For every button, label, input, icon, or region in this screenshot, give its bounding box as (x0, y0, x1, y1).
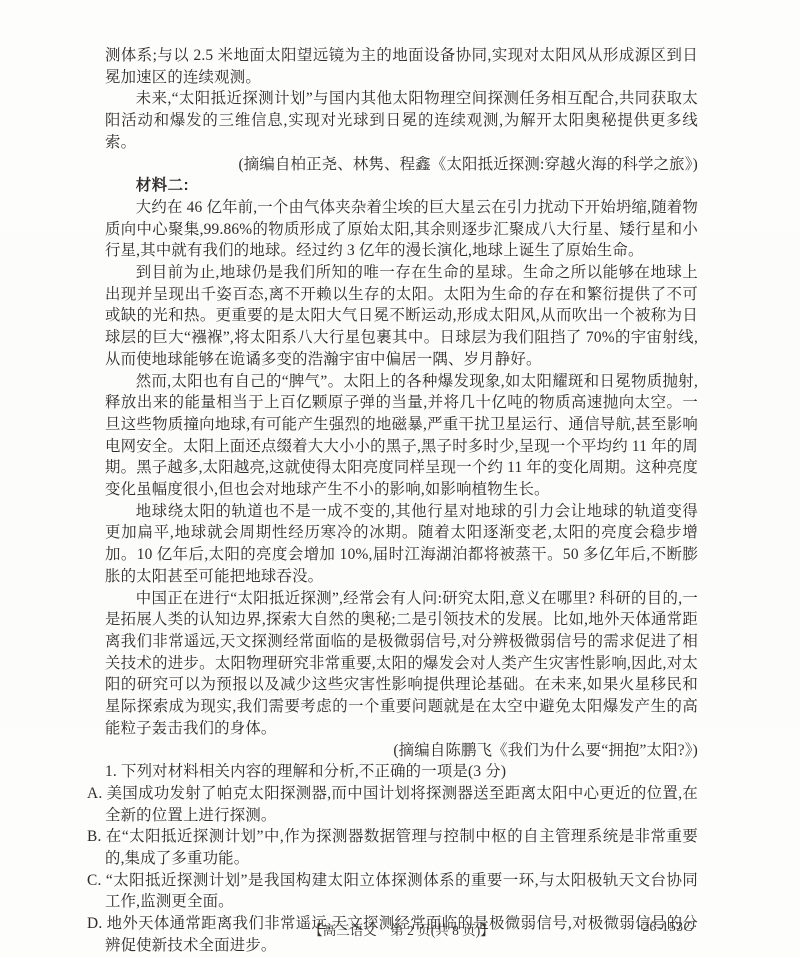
question-1-stem: 1. 下列对材料相关内容的理解和分析,不正确的一项是(3 分) (105, 761, 698, 783)
material2-heading: 材料二: (105, 175, 698, 197)
material2-paragraph-orbit: 地球绕太阳的轨道也不是一成不变的,其他行星对地球的引力会让地球的轨道变得更加扁平… (105, 501, 698, 588)
material2-paragraph-origin: 大约在 46 亿年前,一个由气体夹杂着尘埃的巨大星云在引力扰动下开始坍缩,随着物… (105, 197, 698, 262)
question-1-option-c: C. “太阳抵近探测计划”是我国构建太阳立体探测体系的重要一环,与太阳极轨天文台… (105, 870, 698, 913)
footer-paper-code: ·26-153C· (637, 919, 698, 935)
material2-citation: (摘编自陈鹏飞《我们为什么要“拥抱”太阳?》) (105, 740, 698, 762)
footer-page-number: 【高三语文 第 2 页(共 8 页)】 (105, 919, 698, 939)
question-1-option-b: B. 在“太阳抵近探测计划”中,作为探测器数据管理与控制中枢的自主管理系统是非常… (105, 826, 698, 869)
material1-paragraph-future: 未来,“太阳抵近探测计划”与国内其他太阳物理空间探测任务相互配合,共同获取太阳活… (105, 88, 698, 153)
material2-paragraph-temper: 然而,太阳也有自己的“脾气”。太阳上的各种爆发现象,如太阳耀斑和日冕物质抛射,释… (105, 371, 698, 501)
material2-paragraph-life: 到目前为止,地球仍是我们所知的唯一存在生命的星球。生命之所以能够在地球上出现并呈… (105, 262, 698, 371)
exam-text-column: 测体系;与以 2.5 米地面太阳望远镜为主的地面设备协同,实现对太阳风从形成源区… (105, 45, 698, 957)
material2-paragraph-meaning: 中国正在进行“太阳抵近探测”,经常会有人问:研究太阳,意义在哪里? 科研的目的,… (105, 588, 698, 740)
question-1-option-a: A. 美国成功发射了帕克太阳探测器,而中国计划将探测器送至距离太阳中心更近的位置… (105, 783, 698, 826)
material1-citation: (摘编自柏正尧、林隽、程鑫《太阳抵近探测:穿越火海的科学之旅》) (105, 154, 698, 176)
exam-paper-page: 测体系;与以 2.5 米地面太阳望远镜为主的地面设备协同,实现对太阳风从形成源区… (0, 0, 800, 957)
material1-paragraph-continued: 测体系;与以 2.5 米地面太阳望远镜为主的地面设备协同,实现对太阳风从形成源区… (105, 45, 698, 88)
page-footer: 【高三语文 第 2 页(共 8 页)】 ·26-153C· (105, 919, 698, 939)
